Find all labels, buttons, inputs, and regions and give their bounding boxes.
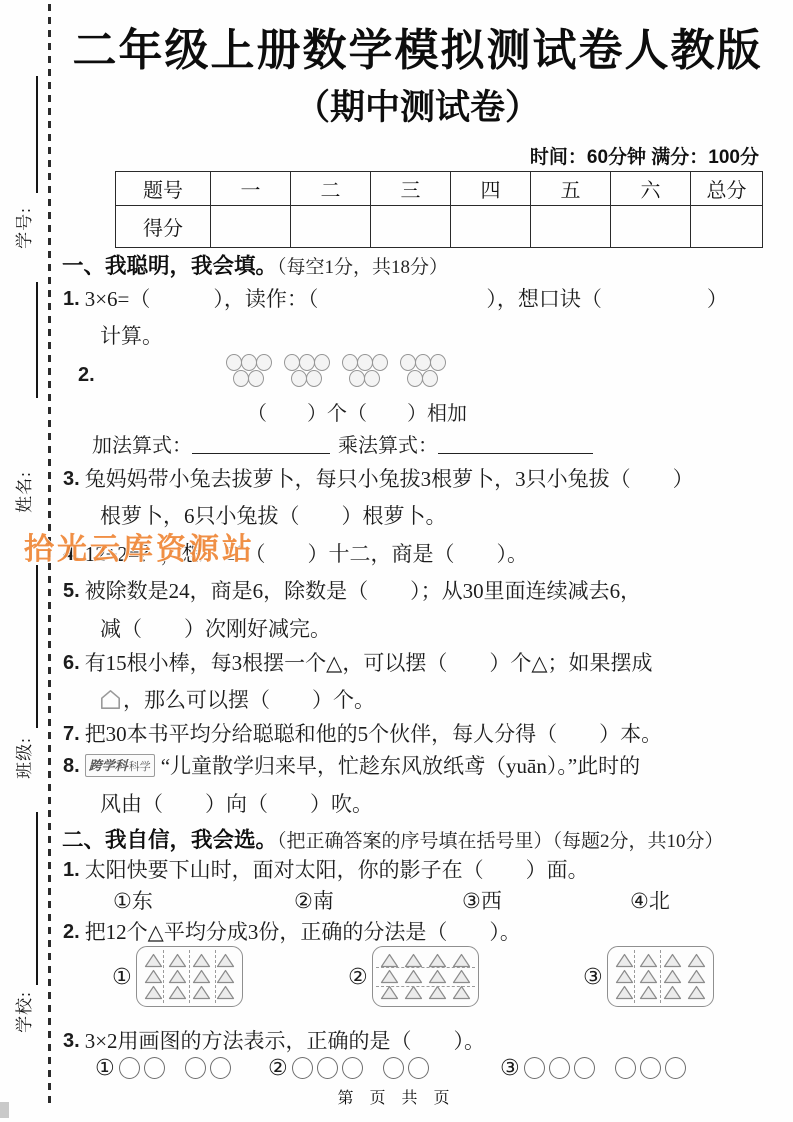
triangle-icon [192,953,211,968]
circle-icon [342,1057,363,1079]
multiplication-blank-line [438,433,593,454]
circle-group [119,1057,169,1079]
triangle-icon [639,969,658,984]
question-number: 1. [63,857,80,883]
score-empty-cell [611,206,691,248]
choice-option: ②南 [294,885,334,915]
circle-icon [357,354,373,371]
circle-group [226,354,271,387]
circle-group [342,354,387,387]
score-empty-cell [691,206,763,248]
circle-icon [291,370,307,387]
triangle-icon [168,953,187,968]
option-label: ③ [500,1055,520,1081]
question: 8. 跨学科科学“儿童散学归来早，忙趁东风放纸鸢（yuān）。”此时的 [63,753,640,779]
circle-group [383,1057,433,1079]
choice-option: ③西 [462,885,502,915]
triangle-icon [192,985,211,1000]
question: 3. 3×2用画图的方法表示，正确的是（ ）。 [63,1028,485,1054]
multiplication-expression-row: 乘法算式： [338,429,593,458]
score-label-cell: 得分 [116,206,211,248]
circle-icon [430,354,446,371]
class-write-line [36,565,38,728]
score-table-header-cell: 五 [531,172,611,206]
dashed-divider [189,950,190,1003]
watermark: 拾光云库资源站 [24,524,255,568]
circle-icon [407,370,423,387]
score-empty-cell [451,206,531,248]
triangle-icon [639,953,658,968]
circle-icon [640,1057,661,1079]
seal-label-class: 班级: [10,720,32,796]
triangle-icon [144,953,163,968]
pentagon-icon [100,689,121,710]
score-table-header-cell: 六 [611,172,691,206]
question-text: 太阳快要下山时，面对太阳，你的影子在（ ）面。 [85,857,589,883]
section1-note: （每空1分，共18分） [277,257,448,278]
score-empty-cell [531,206,611,248]
circle-row [284,354,329,371]
triangle-icon [144,969,163,984]
multiplication-label: 乘法算式： [338,435,438,457]
dashed-divider [163,950,164,1003]
triangle-icon [404,969,423,984]
question: 1. 3×6=（ ），读作：（ ），想口诀（ ） [63,286,728,312]
score-empty-cell [291,206,371,248]
question-number: 2. [63,919,80,945]
circle-row [408,370,438,387]
section2-note: （把正确答案的序号填在括号里） [277,831,553,852]
question-text: 把12个△平均分成3份，正确的分法是（ ）。 [85,919,521,945]
section2-header: 二、我自信，我会选。（把正确答案的序号填在括号里）（每题2分，共10分） [62,823,724,854]
choice-option: ④北 [630,885,670,915]
circle-icon [665,1057,686,1079]
score-table-header-cell: 三 [371,172,451,206]
question-number: 3. [63,466,80,492]
circle-group [284,354,329,387]
circle-group [615,1057,690,1079]
score-table-header-cell: 一 [211,172,291,206]
question-number: 5. [63,578,80,604]
score-table-header-cell: 题号 [116,172,211,206]
triangle-icon [216,953,235,968]
option-label: ① [95,1055,115,1081]
option-label: ③ [583,964,603,990]
question: 5. 被除数是24，商是6，除数是（ ）；从30里面连续减去6， [63,578,641,604]
circle-icon [306,370,322,387]
question: 2. [78,362,100,388]
seal-label-name: 姓名: [10,454,32,530]
school-write-line [36,812,38,985]
question-text: 3×2用画图的方法表示，正确的是（ ）。 [85,1028,485,1054]
question-text: 风由（ ）向（ ）吹。 [100,791,373,817]
section2-title: 二、我自信，我会选。 [62,828,277,852]
draw-option: ③ [500,1055,706,1081]
dashed-divider [376,986,475,987]
question-text: 兔妈妈带小兔去拔萝卜，每只小兔拔3根萝卜，3只小兔拔（ ） [85,466,694,492]
circle-row [400,354,445,371]
triangle-icon [428,969,447,984]
addition-label: 加法算式： [92,435,192,457]
question-number: 3. [63,1028,80,1054]
addition-blank-line [192,433,330,454]
circle-icon [314,354,330,371]
name-write-line [36,282,38,398]
triangle-grid-figure [607,946,714,1007]
question: 2. 把12个△平均分成3份，正确的分法是（ ）。 [63,919,521,945]
circle-icon [422,370,438,387]
dashed-divider [215,950,216,1003]
section1-header: 一、我聪明，我会填。（每空1分，共18分） [62,249,448,280]
question-text: 跨学科科学“儿童散学归来早，忙趁东风放纸鸢（yuān）。”此时的 [85,753,640,779]
triangle-grid-figure [372,946,479,1007]
question: 6. 有15根小棒，每3根摆一个△，可以摆（ ）个△；如果摆成 [63,650,653,676]
circle-icon [364,370,380,387]
circle-icon [284,354,300,371]
exam-meta: 时间：60分钟 满分：100分 [530,142,759,169]
question-text: 计算。 [100,323,163,349]
circle-icon [372,354,388,371]
section1-title: 一、我聪明，我会填。 [62,254,277,278]
dashed-divider [376,967,475,968]
triangle-icon [615,985,634,1000]
circle-row [292,370,322,387]
circle-row [350,370,380,387]
circle-group [292,1057,367,1079]
triangle-grid-figure [136,946,243,1007]
triangle-icon [663,985,682,1000]
triangle-row [380,969,471,984]
question-text: 把30本书平均分给聪聪和他的5个伙伴，每人分得（ ）本。 [85,721,663,747]
circle-icon [615,1057,636,1079]
section2-note: （每题2分，共10分） [553,831,724,852]
score-empty-cell [371,206,451,248]
circle-icon [241,354,257,371]
triangle-icon [639,985,658,1000]
question-text: ，那么可以摆（ ）个。 [100,687,375,713]
score-table-header-cell: 总分 [691,172,763,206]
question-number: 2. [78,362,95,388]
question-number: 1. [63,286,80,312]
triangle-icon [168,985,187,1000]
circle-group [400,354,445,387]
option-label: ① [112,964,132,990]
dashed-divider [660,950,661,1003]
choice-option: ①东 [113,885,153,915]
question-text: ，那么可以摆（ ）个。 [123,688,375,712]
q2-circles-figure [226,354,445,387]
circle-row [342,354,387,371]
cross-subject-badge: 跨学科科学 [85,754,155,777]
addition-expression-row: 加法算式： [92,429,330,458]
circle-icon [210,1057,231,1079]
circle-icon [185,1057,206,1079]
triangle-icon [615,969,634,984]
page-title: 二年级上册数学模拟测试卷人教版 [60,14,775,78]
question-number: 6. [63,650,80,676]
circle-group [524,1057,599,1079]
seal-label-student-id: 学号: [10,190,32,266]
circle-icon [383,1057,404,1079]
page-footer: 第 页 共 页 [0,1085,793,1108]
circle-group [185,1057,235,1079]
score-table: 题号 一 二 三 四 五 六 总分 得分 [115,171,763,248]
circle-icon [226,354,242,371]
division-option: ① [112,946,243,1007]
circle-icon [299,354,315,371]
circle-icon [549,1057,570,1079]
triangle-icon [380,969,399,984]
question-text: 被除数是24，商是6，除数是（ ）；从30里面连续减去6， [85,578,642,604]
circle-icon [292,1057,313,1079]
draw-option: ① [95,1055,251,1081]
triangle-icon [687,985,706,1000]
question-text: 有15根小棒，每3根摆一个△，可以摆（ ）个△；如果摆成 [85,650,653,676]
question-number: 8. [63,753,80,779]
dashed-divider [634,950,635,1003]
option-label: ② [348,964,368,990]
circle-icon [408,1057,429,1079]
draw-option: ② [268,1055,449,1081]
circle-icon [317,1057,338,1079]
triangle-icon [687,953,706,968]
circle-icon [574,1057,595,1079]
triangle-icon [168,969,187,984]
triangle-icon [663,969,682,984]
circle-row [234,370,264,387]
seal-label-school: 学校: [10,974,32,1050]
circle-icon [524,1057,545,1079]
circle-icon [342,354,358,371]
question-text: 减（ ）次刚好减完。 [100,616,331,642]
circle-icon [400,354,416,371]
question: 3. 兔妈妈带小兔去拔萝卜，每只小兔拔3根萝卜，3只小兔拔（ ） [63,466,694,492]
triangle-icon [687,969,706,984]
question-text: 3×6=（ ），读作：（ ），想口诀（ ） [85,286,728,312]
circle-icon [119,1057,140,1079]
circle-icon [349,370,365,387]
triangle-icon [663,953,682,968]
exam-paper-page: 学号: 姓名: 班级: 学校: 二年级上册数学模拟测试卷人教版 （期中测试卷） … [0,0,793,1122]
question: 1. 太阳快要下山时，面对太阳，你的影子在（ ）面。 [63,857,589,883]
question: 7. 把30本书平均分给聪聪和他的5个伙伴，每人分得（ ）本。 [63,721,662,747]
triangle-icon [216,969,235,984]
circle-icon [256,354,272,371]
triangle-icon [192,969,211,984]
circle-icon [233,370,249,387]
division-option: ③ [583,946,714,1007]
triangle-icon [216,985,235,1000]
student-id-write-line [36,76,38,193]
circle-icon [415,354,431,371]
page-subtitle: （期中测试卷） [60,80,775,130]
q2-figure-caption: （ ）个（ ）相加 [247,397,467,426]
score-empty-cell [211,206,291,248]
option-label: ② [268,1055,288,1081]
circle-icon [144,1057,165,1079]
triangle-icon [144,985,163,1000]
question-number: 7. [63,721,80,747]
triangle-icon [615,953,634,968]
division-option: ② [348,946,479,1007]
triangle-icon [452,969,471,984]
circle-row [226,354,271,371]
score-table-header-cell: 四 [451,172,531,206]
score-table-header-cell: 二 [291,172,371,206]
circle-icon [248,370,264,387]
